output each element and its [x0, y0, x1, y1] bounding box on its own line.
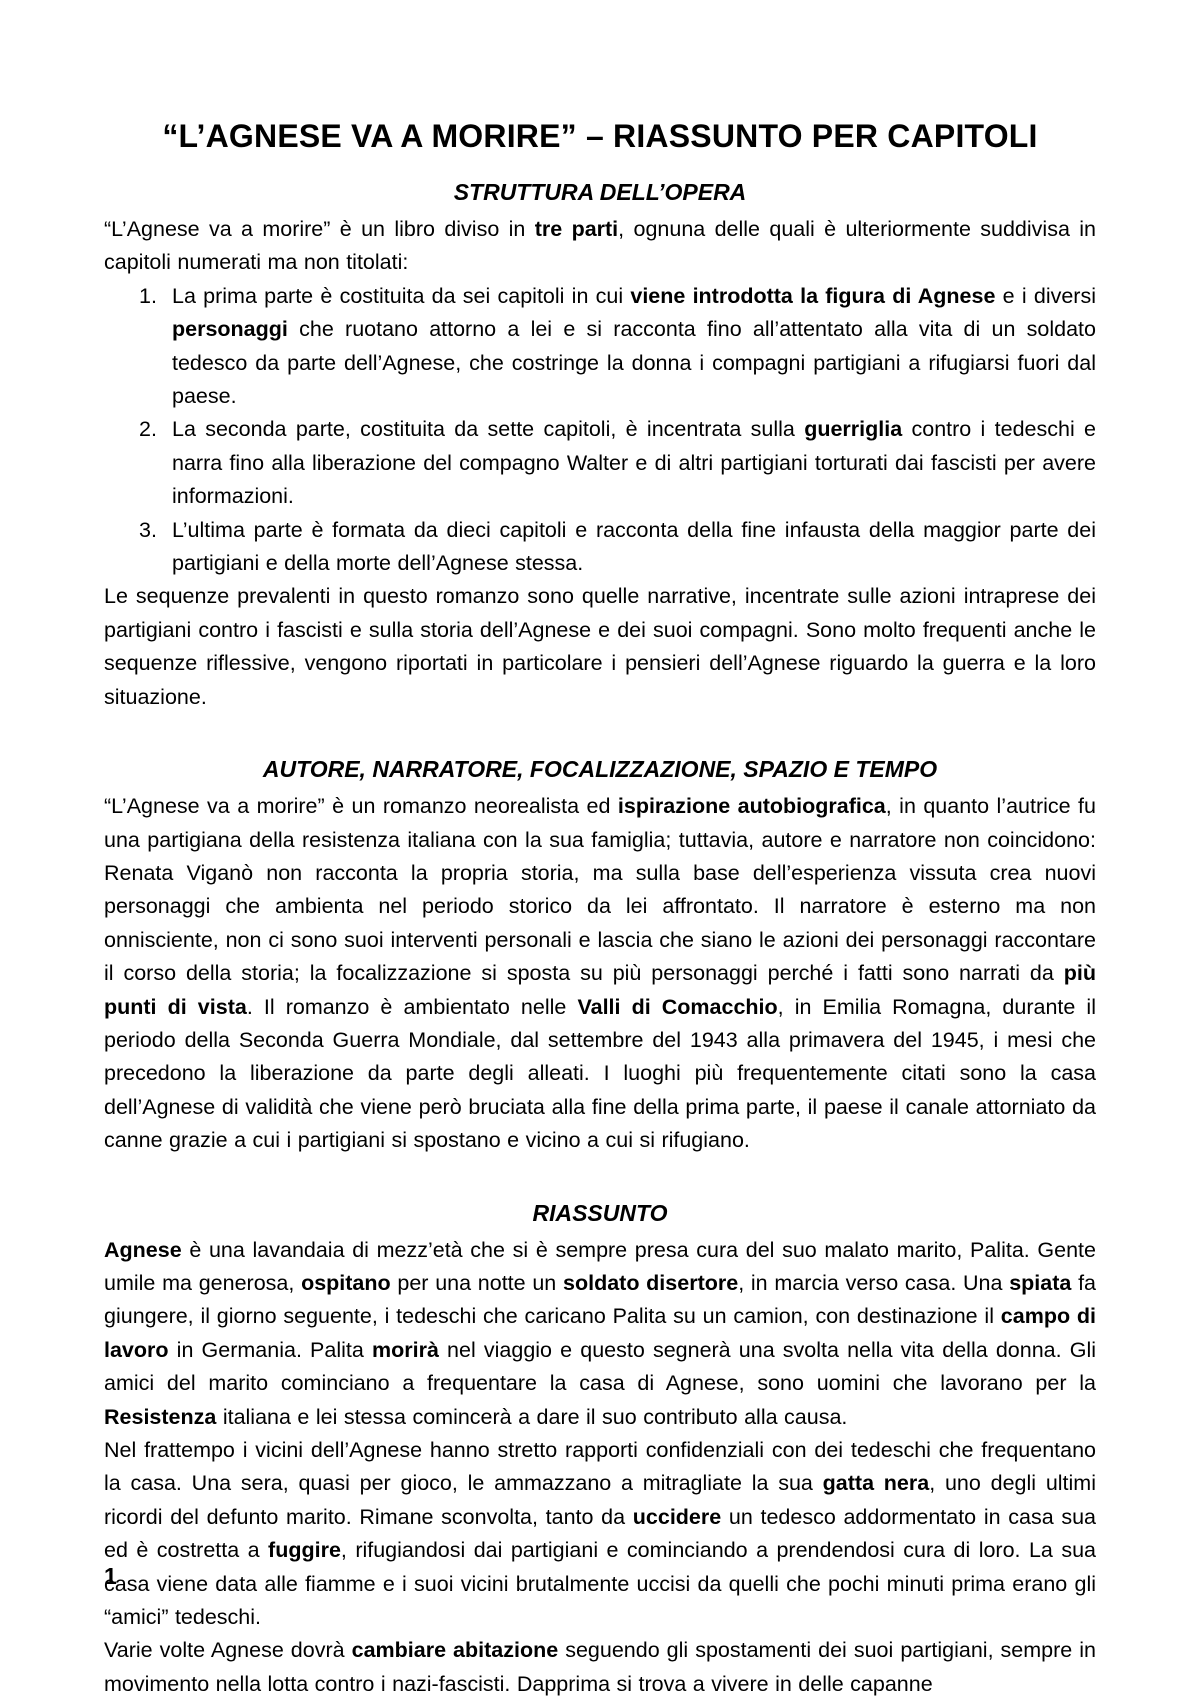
section-heading-struttura: STRUTTURA DELL’OPERA	[104, 179, 1096, 206]
autore-paragraph: “L’Agnese va a morire” è un romanzo neor…	[104, 790, 1096, 1157]
list-item: 1. La prima parte è costituita da sei ca…	[104, 280, 1096, 414]
list-item-text: La seconda parte, costituita da sette ca…	[172, 417, 1096, 508]
numbered-list: 1. La prima parte è costituita da sei ca…	[104, 280, 1096, 581]
list-item-number: 2.	[139, 413, 157, 446]
struttura-intro-paragraph: “L’Agnese va a morire” è un libro diviso…	[104, 213, 1096, 280]
riassunto-paragraph-1: Agnese è una lavandaia di mezz’età che s…	[104, 1234, 1096, 1434]
riassunto-paragraph-3: Varie volte Agnese dovrà cambiare abitaz…	[104, 1634, 1096, 1698]
list-item-number: 1.	[139, 280, 157, 313]
page-number: 1	[104, 1563, 117, 1590]
riassunto-paragraph-2: Nel frattempo i vicini dell’Agnese hanno…	[104, 1434, 1096, 1634]
document-page: “L’AGNESE VA A MORIRE” – RIASSUNTO PER C…	[0, 0, 1200, 1698]
list-item: 3. L’ultima parte è formata da dieci cap…	[104, 514, 1096, 581]
list-item-text: La prima parte è costituita da sei capit…	[172, 284, 1096, 408]
struttura-outro-paragraph: Le sequenze prevalenti in questo romanzo…	[104, 580, 1096, 714]
list-item-text: L’ultima parte è formata da dieci capito…	[172, 518, 1096, 575]
list-item: 2. La seconda parte, costituita da sette…	[104, 413, 1096, 513]
document-title: “L’AGNESE VA A MORIRE” – RIASSUNTO PER C…	[104, 118, 1096, 155]
section-heading-riassunto: RIASSUNTO	[104, 1200, 1096, 1227]
list-item-number: 3.	[139, 514, 157, 547]
section-heading-autore: AUTORE, NARRATORE, FOCALIZZAZIONE, SPAZI…	[104, 756, 1096, 783]
